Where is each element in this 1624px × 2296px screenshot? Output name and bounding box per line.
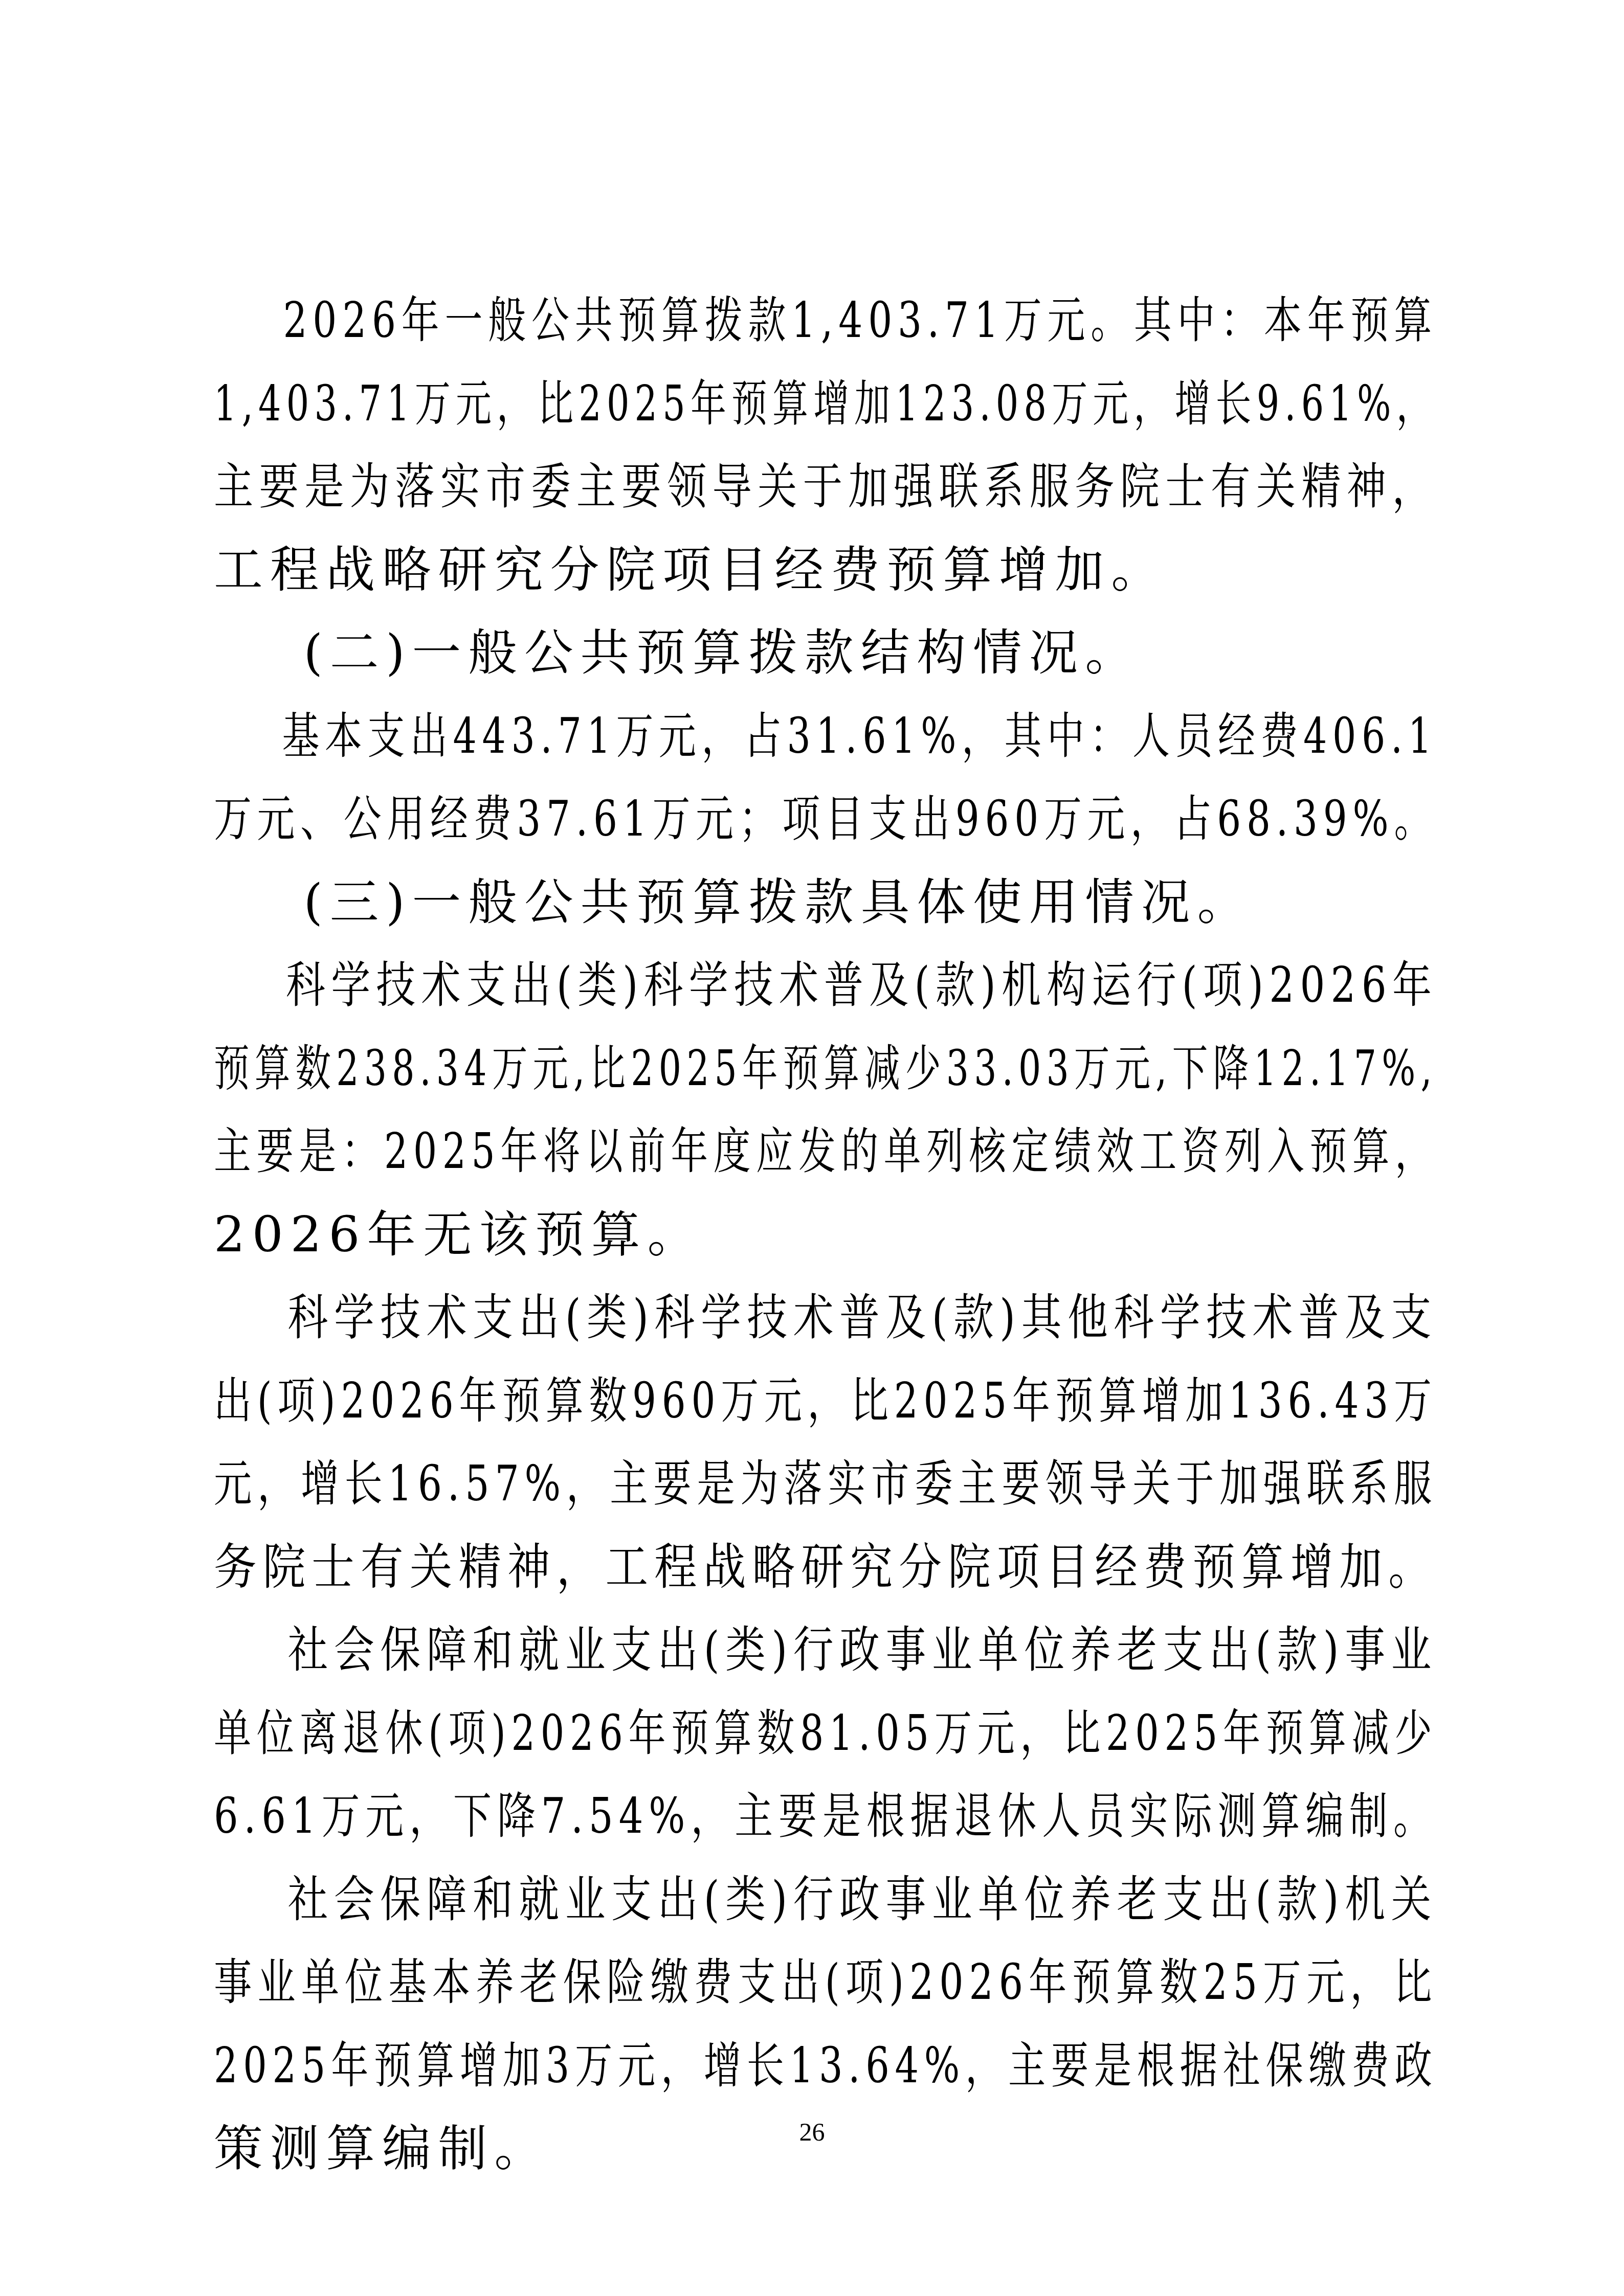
document-page: 2026年一般公共预算拨款1,403.71万元。其中：本年预算 1,403.71… (0, 0, 1624, 2296)
paragraph-line: 主要是：2025年将以前年度应发的单列核定绩效工资列入预算， (214, 1110, 1143, 1193)
paragraph-line: 务院士有关精神，工程战略研究分院项目经费预算增加。 (214, 1525, 1282, 1609)
body-text: 2026年一般公共预算拨款1,403.71万元。其中：本年预算 1,403.71… (214, 279, 1441, 2190)
section-heading: (三)一般公共预算拨款具体使用情况。 (214, 861, 1437, 944)
paragraph-line: 万元、公用经费37.61万元；项目支出960万元，占68.39%。 (214, 777, 1158, 861)
section-heading: (二)一般公共预算拨款结构情况。 (214, 611, 1437, 694)
paragraph-line: 社会保障和就业支出(类)行政事业单位养老支出(款)事业 (214, 1608, 1222, 1692)
paragraph-line: 工程战略研究分院项目经费预算增加。 (214, 528, 1437, 612)
paragraph-line: 预算数238.34万元,比2025年预算减少33.03万元,下降12.17%, (214, 1027, 1104, 1110)
paragraph-line: 2025年预算增加3万元，增长13.64%，主要是根据社保缴费政 (214, 2024, 1150, 2107)
page-number: 26 (0, 2117, 1624, 2147)
paragraph-line: 主要是为落实市委主要领导关于加强联系服务院士有关精神， (214, 445, 1203, 528)
paragraph-line: 科学技术支出(类)科学技术普及(款)机构运行(项)2026年 (214, 943, 1197, 1027)
paragraph-line: 6.61万元，下降7.54%，主要是根据退休人员实际测算编制。 (214, 1774, 1172, 1858)
paragraph-line: 基本支出443.71万元，占31.61%，其中：人员经费406.1 (214, 694, 1146, 778)
paragraph-line: 单位离退休(项)2026年预算数81.05万元，比2025年预算减少 (214, 1692, 1149, 1775)
paragraph-line: 1,403.71万元，比2025年预算增加123.08万元，增长9.61%， (214, 362, 1108, 445)
paragraph-line: 2026年一般公共预算拨款1,403.71万元。其中：本年预算 (214, 279, 1159, 362)
paragraph-line: 事业单位基本养老保险缴费支出(项)2026年预算数25万元，比 (214, 1941, 1166, 2024)
paragraph-line: 2026年无该预算。 (214, 1193, 1437, 1276)
paragraph-line: 元，增长16.57%，主要是为落实市委主要领导关于加强联系服 (214, 1442, 1164, 1525)
paragraph-line: 科学技术支出(类)科学技术普及(款)其他科学技术普及支 (214, 1276, 1222, 1359)
paragraph-line: 出(项)2026年预算数960万元，比2025年预算增加136.43万 (214, 1359, 1159, 1443)
paragraph-line: 社会保障和就业支出(类)行政事业单位养老支出(款)机关 (214, 1858, 1222, 1941)
